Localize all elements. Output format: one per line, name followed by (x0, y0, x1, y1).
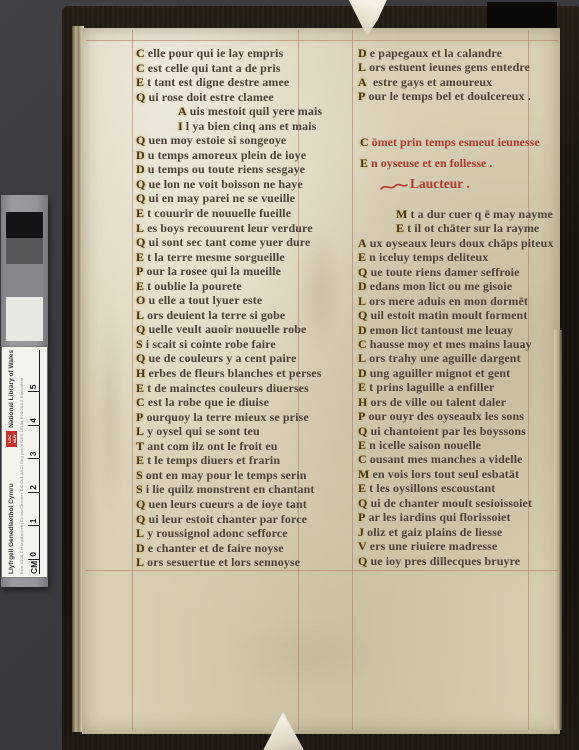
cm-scale-number: 5 (28, 359, 39, 393)
rubric-line: En oyseuse et en follesse . (360, 153, 575, 174)
verse-line: Si lie quilz monstrent en chantant (136, 482, 351, 497)
verse-line: Et tant est digne destre amee (136, 75, 351, 90)
verse-line: Quelle veult auoir nouuelle robe (136, 322, 351, 337)
verse-line: Lors mere aduis en mon dormēt (358, 294, 568, 308)
verse-line: Quen moy estoie si songeoye (136, 133, 351, 148)
cm-scale-number: 3 (28, 426, 39, 460)
verse-line: Joliz et gaiz plains de liesse (358, 525, 568, 539)
verse-line: Hors de ville ou talent daler (358, 395, 568, 409)
verse-line: Chausse moy et mes mains lauay (358, 337, 568, 351)
cm-scale-number: 2 (28, 459, 39, 493)
right-column-opening: De papegaux et la calandreLors estuent i… (358, 46, 568, 104)
verse-line: Aux oyseaux leurs doux chāps piteux (358, 236, 568, 250)
verse-line: Cest celle qui tant a de pris (136, 61, 351, 76)
verse-line: De chanter et de faire noyse (136, 541, 351, 556)
grayscale-patch (6, 238, 43, 264)
cm-scale-number: 1 (28, 493, 39, 527)
verse-line: Si scait si cointe robe faire (136, 337, 351, 352)
verse-line: Que lon ne voit boisson ne haye (136, 177, 351, 192)
verse-line: Qui chantoient par les boyssons (358, 424, 568, 438)
verse-line: A estre gays et amoureux (358, 75, 568, 89)
verse-line: Que ioy pres dillecques bruyre (358, 554, 568, 568)
verse-line: Lors sesuertue et lors sennoyse (136, 555, 351, 570)
verse-line: Il ya bien cinq ans et mais (136, 119, 351, 134)
verse-line: Et de mainctes couleurs diuerses (136, 381, 351, 396)
verse-line: Et il ot chāter sur la rayme (358, 221, 568, 235)
verse-line: Et oublie la pourete (136, 279, 351, 294)
verse-line: Demon lict tantoust me leuay (358, 323, 568, 337)
verse-line: Qui en may parei ne se vueille (136, 191, 351, 206)
verse-line: Et couurir de nouuelle fueille (136, 206, 351, 221)
verse-line: Et la terre mesme sorgueille (136, 250, 351, 265)
verse-line: Lors deuient la terre si gobe (136, 308, 351, 323)
speaker-heading: Laucteur . (410, 176, 470, 192)
nlw-logo: LGCNLW (6, 431, 17, 447)
verse-line: Du temps amoreux plein de ioye (136, 148, 351, 163)
verse-line: Lors estuent ieunes gens entedre (358, 60, 568, 74)
verse-line: Dung aguiller mignot et gent (358, 366, 568, 380)
verse-line: En iceluy temps deliteux (358, 250, 568, 264)
cm-scale-number: 0 (28, 526, 39, 560)
verse-line: Qui sont sec tant come yuer dure (136, 235, 351, 250)
verse-line: En icelle saison nouelle (358, 438, 568, 452)
cm-scale-units: 012345 (28, 359, 39, 560)
verse-line: Ou elle a tout lyuer este (136, 293, 351, 308)
verse-line: Qui de chanter moult sesioissoiet (358, 496, 568, 510)
verse-line: Sont en may pour le temps serin (136, 468, 351, 483)
grayscale-patch (6, 264, 43, 297)
library-name-welsh: Llyfrgell Genedlaethol Cymru (8, 450, 15, 574)
manuscript-photo: Celle pour qui ie lay emprisCest celle q… (0, 0, 579, 750)
verse-line: Et le temps diuers et frarin (136, 453, 351, 468)
verse-line: Cousant mes manches a videlle (358, 452, 568, 466)
verse-line: Pour ouyr des oyseaulx les sons (358, 409, 568, 423)
cm-scale-number: 4 (28, 392, 39, 426)
verse-line: Ly roussignol adonc sefforce (136, 526, 351, 541)
grayscale-patch (6, 212, 43, 238)
verse-line: Que toute riens damer seffroie (358, 265, 568, 279)
grayscale-patch (6, 297, 43, 341)
verse-line: Lors trahy une aguille dargent (358, 351, 568, 365)
grayscale-patches (6, 212, 43, 341)
verse-line: Cest la robe que ie diuise (136, 395, 351, 410)
verse-line: Men vois lors tout seul esbatāt (358, 467, 568, 481)
left-column: Celle pour qui ie lay emprisCest celle q… (136, 46, 351, 570)
verse-line: Que de couleurs y a cent paire (136, 351, 351, 366)
verse-line: Vers une riuiere madresse (358, 539, 568, 553)
reference-card: Llyfrgell Genedlaethol Cymru LGCNLW Nati… (1, 195, 48, 587)
margin-stain (95, 300, 125, 520)
verse-line: Qui leur estoit chanter par force (136, 512, 351, 527)
verse-line: Mt a dur cuer q ē may nayme (358, 207, 568, 221)
chapter-rubric: Cōmet prin temps esmeut ieunesse En oyse… (360, 132, 575, 174)
library-ruler-label: Llyfrgell Genedlaethol Cymru LGCNLW Nati… (2, 347, 47, 577)
rubric-line: Cōmet prin temps esmeut ieunesse (360, 132, 575, 153)
verse-line: Pour la rosee qui la mueille (136, 264, 351, 279)
verse-line: Pourquoy la terre mieux se prise (136, 410, 351, 425)
right-column-body: Mt a dur cuer q ē may naymeEt il ot chāt… (358, 207, 568, 568)
verse-line: Quen leurs cueurs a de ioye tant (136, 497, 351, 512)
verse-line: Qui rose doit estre clamee (136, 90, 351, 105)
cm-scale: CM 012345 (25, 350, 40, 574)
ruling-line-horizontal-bottom (86, 570, 558, 571)
parchment-stain (230, 620, 380, 690)
verse-line: Herbes de fleurs blanches et perses (136, 366, 351, 381)
verse-line: Et prins laguille a enfiller (358, 380, 568, 394)
ruling-line-vertical-3 (352, 30, 353, 730)
verse-line: De papegaux et la calandre (358, 46, 568, 60)
paraph-flourish (380, 181, 408, 193)
verse-line: Tant com ilz ont le froit eu (136, 439, 351, 454)
verse-line: Par les iardins qui florissoiet (358, 510, 568, 524)
cm-scale-prefix: CM (29, 560, 39, 574)
label-microtext: Item 1105 GretagMacbeth ColourChecker DC… (19, 350, 24, 574)
verse-line: Pour le temps bel et doulcereux . (358, 89, 568, 103)
verse-line: Les boys recouurent leur verdure (136, 221, 351, 236)
verse-line: Et les oysillons escoustant (358, 481, 568, 495)
ruling-line-horizontal-top (86, 40, 558, 41)
verse-line: Celle pour qui ie lay empris (136, 46, 351, 61)
ruling-line-vertical-1 (132, 30, 133, 730)
verse-line: Auis mestoit quil yere mais (136, 104, 351, 119)
library-name-english: National Library of Wales (8, 350, 15, 428)
verse-line: Ly oysel qui se sont teu (136, 424, 351, 439)
verse-line: Dedans mon lict ou me gisoie (358, 279, 568, 293)
verse-line: Quil estoit matin moult forment (358, 308, 568, 322)
verse-line: Du temps ou toute riens sesgaye (136, 162, 351, 177)
